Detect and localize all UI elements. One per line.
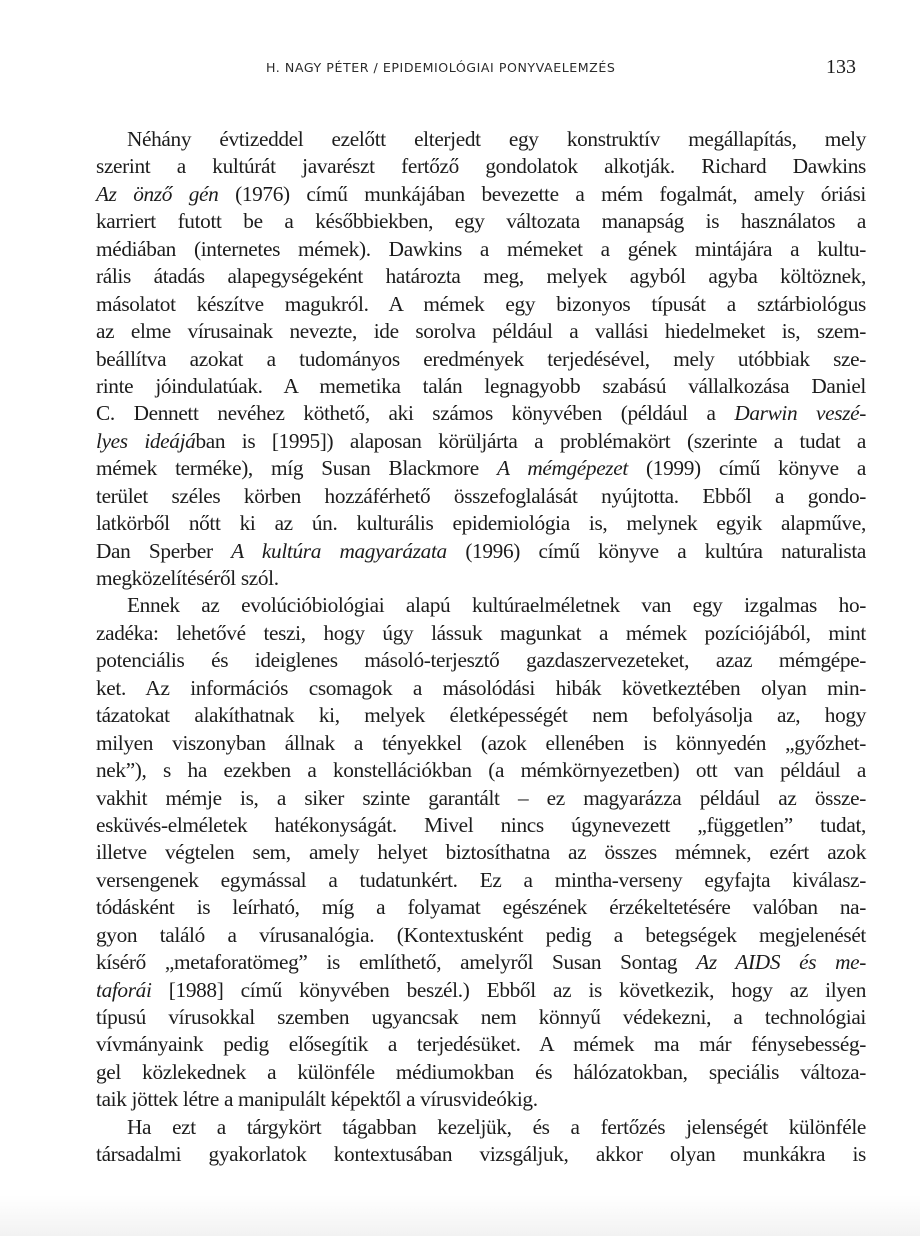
text-line: nek”), s ha ezekben a konstellációkban (…	[96, 757, 866, 784]
text-line: gyon találó a vírusanalógia. (Kontextusk…	[96, 922, 866, 949]
text-line: esküvés-elméletek hatékonyságát. Mivel n…	[96, 812, 866, 839]
line-text: Dan Sperber	[96, 539, 231, 563]
line-text: (1999) című könyve a	[628, 456, 866, 480]
text-line: rinte jóindulatúak. A memetika talán leg…	[96, 373, 866, 400]
text-line: Az önző gén (1976) című munkájában bevez…	[96, 181, 866, 208]
text-line: versengenek egymással a tudatunkért. Ez …	[96, 867, 866, 894]
line-text: az elme vírusainak nevezte, ide sorolva …	[96, 319, 866, 343]
line-text: Ennek az evolúcióbiológiai alapú kultúra…	[127, 593, 866, 617]
line-text: versengenek egymással a tudatunkért. Ez …	[96, 868, 866, 892]
line-text: szerint a kultúrát javarészt fertőző gon…	[96, 154, 866, 178]
text-line: kísérő „metaforatömeg” is említhető, ame…	[96, 949, 866, 976]
text-line: megközelítéséről szól.	[96, 565, 866, 592]
text-line: C. Dennett nevéhez köthető, aki számos k…	[96, 400, 866, 427]
text-line: vívmányaink pedig elősegítik a terjedésü…	[96, 1031, 866, 1058]
text-line: Ha ezt a tárgykört tágabban kezeljük, és…	[96, 1114, 866, 1141]
text-line: szerint a kultúrát javarészt fertőző gon…	[96, 153, 866, 180]
italic-title: A mémgépezet	[497, 456, 628, 480]
text-line: Ennek az evolúcióbiológiai alapú kultúra…	[96, 592, 866, 619]
line-text: potenciális és ideiglenes másoló-terjesz…	[96, 648, 866, 672]
line-text: vakhit mémje is, a siker szinte garantál…	[96, 786, 866, 810]
text-line: az elme vírusainak nevezte, ide sorolva …	[96, 318, 866, 345]
line-text: illetve végtelen sem, amely helyet bizto…	[96, 840, 866, 864]
text-line: vakhit mémje is, a siker szinte garantál…	[96, 785, 866, 812]
line-text: latkörből nőtt ki az ún. kulturális epid…	[96, 511, 866, 535]
text-line: milyen viszonyban állnak a tényekkel (az…	[96, 730, 866, 757]
line-text: vívmányaink pedig elősegítik a terjedésü…	[96, 1032, 866, 1056]
text-line: Dan Sperber A kultúra magyarázata (1996)…	[96, 538, 866, 565]
line-text: milyen viszonyban állnak a tényekkel (az…	[96, 731, 866, 755]
text-line: potenciális és ideiglenes másoló-terjesz…	[96, 647, 866, 674]
text-line: gel közlekednek a különféle médiumokban …	[96, 1059, 866, 1086]
line-text: C. Dennett nevéhez köthető, aki számos k…	[96, 401, 734, 425]
line-text: esküvés-elméletek hatékonyságát. Mivel n…	[96, 813, 866, 837]
line-text: rinte jóindulatúak. A memetika talán leg…	[96, 374, 866, 398]
line-text: zadéka: lehetővé teszi, hogy úgy lássuk …	[96, 621, 866, 645]
running-head: H. NAGY PÉTER / EPIDEMIOLÓGIAI PONYVAELE…	[0, 57, 920, 81]
line-text: nek”), s ha ezekben a konstellációkban (…	[96, 758, 866, 782]
line-text: tázatokat alakíthatnak ki, melyek életké…	[96, 703, 866, 727]
line-text: (1976) című munkájában bevezette a mém f…	[218, 182, 866, 206]
line-text: rális átadás alapegységeként határozta m…	[96, 264, 866, 288]
text-line: illetve végtelen sem, amely helyet bizto…	[96, 839, 866, 866]
text-line: tódásként is leírható, míg a folyamat eg…	[96, 894, 866, 921]
line-text: társadalmi gyakorlatok kontextusában viz…	[96, 1142, 866, 1166]
line-text: Néhány évtizeddel ezelőtt elterjedt egy …	[127, 127, 866, 151]
line-text: karriert futott be a későbbiekben, egy v…	[96, 209, 866, 233]
line-text: mémek terméke), míg Susan Blackmore	[96, 456, 497, 480]
italic-title: Az önző gén	[96, 182, 218, 206]
italic-title: lyes ideájá	[96, 429, 195, 453]
line-text: ket. Az információs csomagok a másolódás…	[96, 676, 866, 700]
text-line: taforái [1988] című könyvében beszél.) E…	[96, 977, 866, 1004]
italic-title: Darwin veszé-	[734, 401, 866, 425]
line-text: (1996) című könyve a kultúra naturalista	[447, 539, 866, 563]
running-title: H. NAGY PÉTER / EPIDEMIOLÓGIAI PONYVAELE…	[266, 60, 615, 75]
line-text: terület széles körben hozzáférhető össze…	[96, 484, 866, 508]
line-text: Ha ezt a tárgykört tágabban kezeljük, és…	[127, 1115, 866, 1139]
body-text: Néhány évtizeddel ezelőtt elterjedt egy …	[96, 126, 866, 1169]
text-line: terület széles körben hozzáférhető össze…	[96, 483, 866, 510]
text-line: tázatokat alakíthatnak ki, melyek életké…	[96, 702, 866, 729]
text-line: típusú vírusokkal szemben ugyancsak nem …	[96, 1004, 866, 1031]
italic-title: A kultúra magyarázata	[231, 539, 447, 563]
text-line: latkörből nőtt ki az ún. kulturális epid…	[96, 510, 866, 537]
italic-title: Az AIDS és me-	[696, 950, 866, 974]
line-text: beállítva azokat a tudományos eredmények…	[96, 347, 866, 371]
text-line: médiában (internetes mémek). Dawkins a m…	[96, 236, 866, 263]
line-text: médiában (internetes mémek). Dawkins a m…	[96, 237, 866, 261]
line-text: kísérő „metaforatömeg” is említhető, ame…	[96, 950, 696, 974]
text-line: mémek terméke), míg Susan Blackmore A mé…	[96, 455, 866, 482]
text-line: társadalmi gyakorlatok kontextusában viz…	[96, 1141, 866, 1168]
line-text: tódásként is leírható, míg a folyamat eg…	[96, 895, 866, 919]
line-text: ban is [1995]) alaposan körüljárta a pro…	[195, 429, 866, 453]
text-line: karriert futott be a későbbiekben, egy v…	[96, 208, 866, 235]
text-line: beállítva azokat a tudományos eredmények…	[96, 346, 866, 373]
line-text: típusú vírusokkal szemben ugyancsak nem …	[96, 1005, 866, 1029]
italic-title: taforái	[96, 978, 152, 1002]
text-line: lyes ideájában is [1995]) alaposan körül…	[96, 428, 866, 455]
line-text: gel közlekednek a különféle médiumokban …	[96, 1060, 866, 1084]
text-line: rális átadás alapegységeként határozta m…	[96, 263, 866, 290]
text-line: taik jöttek létre a manipulált képektől …	[96, 1086, 866, 1113]
line-text: másolatot készítve magukról. A mémek egy…	[96, 292, 866, 316]
page-number: 133	[826, 56, 856, 79]
text-line: másolatot készítve magukról. A mémek egy…	[96, 291, 866, 318]
text-line: ket. Az információs csomagok a másolódás…	[96, 675, 866, 702]
line-text: [1988] című könyvében beszél.) Ebből az …	[152, 978, 866, 1002]
text-line: zadéka: lehetővé teszi, hogy úgy lássuk …	[96, 620, 866, 647]
text-line: Néhány évtizeddel ezelőtt elterjedt egy …	[96, 126, 866, 153]
line-text: gyon találó a vírusanalógia. (Kontextusk…	[96, 923, 866, 947]
line-text: taik jöttek létre a manipulált képektől …	[96, 1087, 538, 1111]
line-text: megközelítéséről szól.	[96, 566, 279, 590]
